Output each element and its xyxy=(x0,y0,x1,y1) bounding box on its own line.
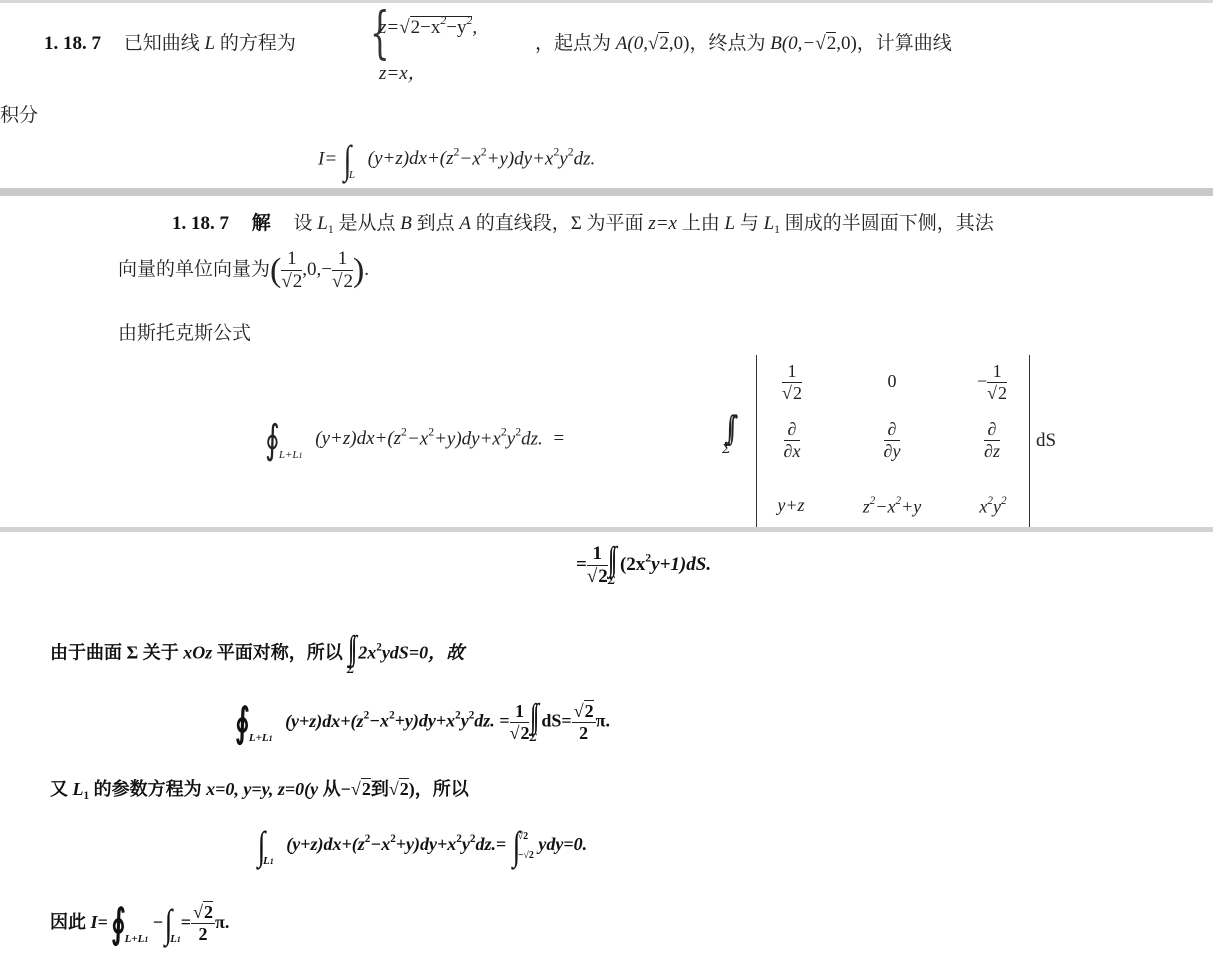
contour-integral-sign: ∮ xyxy=(111,904,126,944)
text: )，所以 xyxy=(409,779,469,799)
det-cell-3-2: z2−x2+y xyxy=(833,495,951,517)
expr: y xyxy=(559,148,567,169)
limit: Σ xyxy=(347,662,354,677)
var-L: L xyxy=(205,33,216,54)
eq-text: z= xyxy=(379,17,399,38)
num: 2 xyxy=(826,32,837,54)
double-integral-sigma: ∫∫Σ xyxy=(722,412,730,456)
num: 0 xyxy=(307,259,317,280)
problem-endpoints: ，起点为 A(0,√2,0)，终点为 B(0,−√2,0)，计算曲线 xyxy=(535,28,952,55)
expr: +y)dy+x xyxy=(396,834,457,854)
num: 2 xyxy=(361,778,371,799)
contour-integral-sign: ∮ xyxy=(235,703,250,743)
text: ,0) xyxy=(836,33,857,54)
num: 1 xyxy=(987,361,1007,383)
var: xOz xyxy=(183,643,212,663)
num: 2 xyxy=(519,722,529,743)
num: 2 xyxy=(997,382,1007,403)
expr: (y+z)dx+(z xyxy=(285,711,364,731)
expr: (y+z)dx+(z xyxy=(315,428,401,449)
expr: +y)dy+x xyxy=(487,148,554,169)
num: 2 xyxy=(584,700,594,721)
solution-label: 解 xyxy=(252,213,271,234)
text: 到 xyxy=(371,779,389,799)
segment-integral: ∫L1 (y+z)dx+(z2−x2+y)dy+x2y2dz.= ∫√2−√2 … xyxy=(256,826,587,867)
snippet-divider xyxy=(0,188,1213,196)
problem-number: 1. 18. 7 xyxy=(44,33,101,54)
eq: = xyxy=(554,428,565,449)
den: 2 xyxy=(191,924,215,946)
expr: dz. xyxy=(474,711,495,731)
expr: −x xyxy=(459,148,480,169)
point-A: A(0, xyxy=(616,33,648,54)
solution-line-1: 1. 18. 7 解 设 L1 是从点 B 到点 A 的直线段，Σ 为平面 z=… xyxy=(172,208,994,237)
text: 是从点 xyxy=(339,213,396,234)
text: 与 xyxy=(740,213,759,234)
limit: L+L xyxy=(279,449,299,461)
solution-line-2: 向量的单位向量为(1√2,0,−1√2). xyxy=(118,248,369,294)
expr: y xyxy=(462,834,470,854)
contour-integral-sign: ∮ xyxy=(265,420,280,460)
expr: −x xyxy=(369,711,389,731)
num: 2 xyxy=(342,270,353,292)
conclusion: 因此 I=∮L+L1 −∫L1=√22π. xyxy=(50,902,229,945)
expr: dz. xyxy=(475,834,496,854)
num: 1 xyxy=(510,701,530,723)
stokes-lhs: ∮L+L1 (y+z)dx+(z2−x2+y)dy+x2y2dz. = xyxy=(262,420,564,461)
system-eq-2: z=x， xyxy=(379,58,427,85)
text: 向量的单位向量为 xyxy=(118,259,270,280)
expr: 2x xyxy=(358,643,376,663)
expr: y+1)dS. xyxy=(651,554,711,575)
num: 1 xyxy=(782,361,802,383)
op: − xyxy=(153,912,163,932)
num: 1 xyxy=(281,248,302,271)
expr: dz. xyxy=(521,428,543,449)
expr: +y)dy+x xyxy=(395,711,456,731)
num: 2 xyxy=(292,270,303,292)
num: ∂ xyxy=(784,419,801,441)
closed-curve-result: ∮L+L1 (y+z)dx+(z2−x2+y)dy+x2y2dz. =1√2∫∫… xyxy=(232,700,610,745)
expr: y xyxy=(461,711,469,731)
num: ∂ xyxy=(984,419,1000,441)
expr: dz. xyxy=(574,148,596,169)
problem-text: 已知曲线 xyxy=(124,33,200,54)
eq-text: −y xyxy=(446,17,466,38)
stokes-determinant: 1√2 0 −1√2 ∂∂x ∂∂y ∂∂z y+z z2−x2+y x2y2 xyxy=(756,355,1030,527)
text: ，终点为 xyxy=(689,33,765,54)
text: 因此 xyxy=(50,912,86,932)
var-I: I= xyxy=(318,148,337,169)
den: ∂x xyxy=(784,441,801,463)
text: 又 xyxy=(50,779,68,799)
limit: L+L xyxy=(125,933,145,945)
num: 2 xyxy=(597,565,608,587)
det-cell-3-3: x2y2 xyxy=(961,495,1025,517)
text: 由于曲面 Σ 关于 xyxy=(50,643,179,663)
expr: y xyxy=(507,428,515,449)
text: 到点 xyxy=(417,213,455,234)
point-B: B(0,− xyxy=(770,33,815,54)
limit: L+L xyxy=(249,732,269,744)
det-cell-2-1: ∂∂x xyxy=(767,419,817,462)
var: z=x xyxy=(648,213,677,234)
det-cell-1-1: 1√2 xyxy=(767,361,817,404)
text: 围成的半圆面下侧，其法 xyxy=(785,213,994,234)
top-edge-divider xyxy=(0,0,1213,3)
solution-line-3: 由斯托克斯公式 xyxy=(118,318,251,345)
num: 2 xyxy=(792,382,802,403)
expr: (2x xyxy=(620,554,645,575)
integral-sign: ∫ xyxy=(344,140,352,180)
det-suffix: dS xyxy=(1036,430,1056,452)
text: 从− xyxy=(323,779,351,799)
problem-text-2: 的方程为 xyxy=(220,33,296,54)
limit: Σ xyxy=(608,573,615,588)
num: 2 xyxy=(203,901,213,922)
expr: −x xyxy=(407,428,428,449)
result-line: =1√2∫∫Σ (2x2y+1)dS. xyxy=(576,543,711,589)
expr: π. xyxy=(215,912,229,932)
expr: (y+z)dx+(z xyxy=(368,148,454,169)
problem-header: 1. 18. 7 已知曲线 L 的方程为 xyxy=(44,28,296,55)
text: ，计算曲线 xyxy=(857,33,952,54)
system-eq-1: z=√2−x2−y2, xyxy=(379,14,477,39)
den: 2 xyxy=(572,723,596,745)
expr: dS= xyxy=(541,711,571,731)
param-line: 又 L1 的参数方程为 x=0, y=y, z=0(y 从−√2到√2)，所以 xyxy=(50,775,469,802)
den: ∂y xyxy=(884,441,901,463)
expr: ydy=0. xyxy=(538,834,587,854)
num: 2 xyxy=(658,32,669,54)
text: 的直线段，Σ 为平面 xyxy=(476,213,644,234)
expr: +y)dy+x xyxy=(434,428,501,449)
solution-number: 1. 18. 7 xyxy=(172,213,229,234)
num: ∂ xyxy=(884,419,901,441)
text: 平面对称，所以 xyxy=(217,643,343,663)
text: 的参数方程为 xyxy=(94,779,202,799)
expr: ydS=0，故 xyxy=(382,643,464,663)
det-cell-2-3: ∂∂z xyxy=(967,419,1017,462)
den: ∂z xyxy=(984,441,1000,463)
det-cell-1-2: 0 xyxy=(867,371,917,392)
integral-sign: ∫ xyxy=(512,826,520,866)
det-cell-3-1: y+z xyxy=(761,495,821,516)
expr: −x xyxy=(370,834,390,854)
problem-continuation: 积分 xyxy=(0,100,38,127)
eq-text: 2−x xyxy=(411,17,441,38)
limit: Σ xyxy=(529,730,536,745)
text: ，起点为 xyxy=(535,33,611,54)
expr: x=0, y=y, z=0(y xyxy=(206,779,318,799)
integral-sign: ∫ xyxy=(165,904,173,944)
det-cell-1-3: −1√2 xyxy=(957,361,1027,404)
text: 设 xyxy=(294,213,313,234)
expr: (y+z)dx+(z xyxy=(286,834,365,854)
problem-integral: I= ∫L (y+z)dx+(z2−x2+y)dy+x2y2dz. xyxy=(318,140,595,181)
integral-sign: ∫ xyxy=(258,826,266,866)
num: 2 xyxy=(399,778,409,799)
var-I: I= xyxy=(91,912,108,932)
symmetry-line: 由于曲面 Σ 关于 xOz 平面对称，所以∫∫Σ2x2ydS=0，故 xyxy=(50,632,464,677)
var: B xyxy=(400,213,412,234)
det-cell-2-2: ∂∂y xyxy=(867,419,917,462)
num: 1 xyxy=(587,543,608,566)
expr: π. xyxy=(596,711,610,731)
num: 1 xyxy=(332,248,353,271)
var: A xyxy=(459,213,471,234)
snippet-divider-2 xyxy=(0,527,1213,532)
text: ,0) xyxy=(669,33,690,54)
text: 上由 xyxy=(682,213,720,234)
